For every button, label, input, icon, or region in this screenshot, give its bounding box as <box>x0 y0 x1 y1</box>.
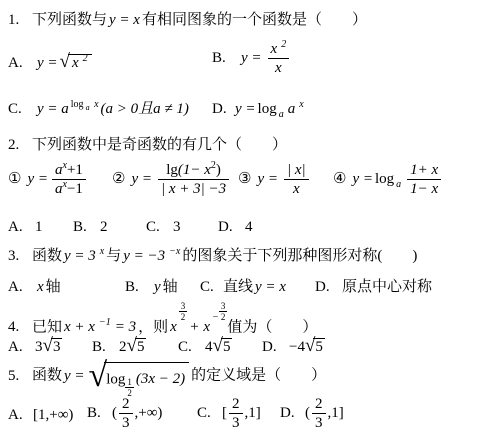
math-lead: y = <box>37 55 58 71</box>
circled-2-icon: ② <box>112 171 125 187</box>
option-text: 原点中心对称 <box>342 279 432 295</box>
fraction-denominator: 3 <box>229 413 243 432</box>
fraction-numerator: 1+ x <box>407 161 441 179</box>
sub-num: 1 <box>125 377 134 388</box>
q4-option-c: C.4√5 <box>178 336 232 357</box>
fraction-numerator: 2 <box>312 395 326 413</box>
q1-stem-math: y = x <box>109 12 140 28</box>
coefficient: 3 <box>35 339 43 355</box>
radicand-exponent: 2 <box>83 53 88 64</box>
q5-option-c: C.[23,1] <box>197 395 261 432</box>
log-symbol: log <box>71 99 84 110</box>
q3-stem: 3.函数y = 3x与y = −3−x的图象关于下列那种图形对称( ) <box>8 246 417 268</box>
radicand: x2 <box>68 54 92 71</box>
close-part: ,1] <box>328 405 344 421</box>
sqrt-expression: √5 <box>213 336 233 357</box>
open-bracket: [ <box>222 405 227 421</box>
exp-den: 2 <box>179 312 188 322</box>
log-base: a <box>86 103 90 112</box>
num-rest: +1 <box>67 162 83 178</box>
term-1-exponent-fraction: 32 <box>179 301 188 323</box>
q2-option-a: A.1 <box>8 217 43 237</box>
fraction: 23 <box>312 395 326 432</box>
option-value: 1 <box>35 219 43 235</box>
q5-number: 5. <box>8 366 32 386</box>
fraction: 23 <box>119 395 133 432</box>
q3-stem-pre: 函数 <box>32 248 62 264</box>
log-symbol: log <box>106 371 125 387</box>
option-label: C. <box>8 99 35 119</box>
q3-stem-mid: 与 <box>106 248 121 264</box>
log-base: a <box>279 109 284 120</box>
sqrt-expression: √x2 <box>60 52 92 75</box>
q5-option-b: B.(23,+∞) <box>87 395 162 432</box>
sqrt-expression: √3 <box>43 336 63 357</box>
sqrt-expression: √5 <box>305 336 325 357</box>
q2-item-1: ①y =ax+1ax−1 <box>8 161 88 198</box>
q1-stem-pre: 下列函数与 <box>32 12 107 28</box>
term-2-base: x <box>203 319 210 335</box>
option-label: D. <box>280 403 305 423</box>
q2-option-d: D.4 <box>218 217 253 237</box>
q3-number: 3. <box>8 246 32 266</box>
q3-option-d: D.原点中心对称 <box>315 277 432 297</box>
option-text: 轴 <box>163 279 178 295</box>
fraction: | x|x <box>282 161 311 198</box>
sqrt-expression: √5 <box>127 336 147 357</box>
q2-option-b: B.2 <box>73 217 108 237</box>
fraction-numerator: lg(1− x2) <box>156 161 231 179</box>
math-1-exponent: −1 <box>99 317 111 328</box>
q5-stem: 5.函数y =√log12(3x − 2)的定义域是（ ） <box>8 360 326 392</box>
q2-stem: 2.下列函数中是奇函数的有几个（ ） <box>8 135 287 155</box>
fraction: ax+1ax−1 <box>52 161 86 198</box>
q3-option-c: C.直线y = x <box>200 277 288 297</box>
math-lead: y = <box>235 101 256 117</box>
math-lead: y = a <box>37 101 69 117</box>
math-lead: y = <box>257 171 278 187</box>
math-1-equals: = 3 <box>115 319 136 335</box>
math-lead: y = <box>352 171 373 187</box>
option-label: D. <box>218 217 245 237</box>
fraction: x2x <box>266 40 292 77</box>
option-label: A. <box>8 277 35 297</box>
log-symbol: log <box>258 101 277 117</box>
den-rest: −1 <box>67 181 83 197</box>
option-label: C. <box>178 337 205 357</box>
option-label: B. <box>87 403 112 423</box>
math-lead: y = <box>27 171 48 187</box>
math-1-base: y = 3 <box>64 248 96 264</box>
q4-option-a: A.3√3 <box>8 336 62 357</box>
option-label: A. <box>8 53 35 73</box>
num-exponent: 2 <box>281 39 286 50</box>
log-base: a <box>396 179 401 190</box>
math-2-exponent: −x <box>169 246 180 257</box>
option-text: 轴 <box>46 279 61 295</box>
coefficient: −4 <box>289 339 305 355</box>
fraction-denominator: ax−1 <box>52 179 86 198</box>
q3-option-b: B.y轴 <box>125 277 178 297</box>
open-bracket: ( <box>112 405 117 421</box>
option-value: 4 <box>245 219 253 235</box>
math-lead: y = <box>241 50 262 66</box>
math-base: a <box>288 101 296 117</box>
fraction-numerator: ax+1 <box>52 161 86 179</box>
num-exponent: x <box>62 160 66 171</box>
exp-num: 3 <box>219 301 228 312</box>
term-1-base: x <box>170 319 177 335</box>
fraction-denominator: 3 <box>312 413 326 432</box>
option-label: A. <box>8 217 35 237</box>
math-1-base: x + x <box>64 319 95 335</box>
math-exponent: x <box>299 99 303 110</box>
fraction-numerator: 2 <box>119 395 133 413</box>
option-value: 3 <box>173 219 181 235</box>
q3-option-a: A.x轴 <box>8 277 61 297</box>
option-label: C. <box>197 403 222 423</box>
sqrt-expression: √log12(3x − 2) <box>89 360 190 392</box>
option-math: x <box>37 279 44 295</box>
q4-stem-pre: 已知 <box>32 319 62 335</box>
q4-number: 4. <box>8 317 32 337</box>
exp-den: 2 <box>219 312 228 322</box>
den-exponent: x <box>62 179 66 190</box>
fraction: 23 <box>229 395 243 432</box>
radicand: log12(3x − 2) <box>104 362 189 389</box>
math-lead: y = <box>131 171 152 187</box>
radicand-base: x <box>72 55 79 71</box>
q4-stem-post: 值为（ ） <box>227 319 317 335</box>
plus-sign: + <box>189 319 199 335</box>
option-math: y = x <box>255 279 286 295</box>
lg-symbol: lg <box>166 162 178 178</box>
radicand: 5 <box>221 338 233 355</box>
radicand: 5 <box>313 338 325 355</box>
log-argument: x <box>94 99 98 110</box>
option-label: B. <box>73 217 100 237</box>
close-part: ,+∞) <box>135 405 163 421</box>
coefficient: 2 <box>119 339 127 355</box>
option-label: D. <box>212 99 233 119</box>
q5-option-a: A.[1,+∞) <box>8 405 73 425</box>
q1-option-d: D.y =logaax <box>212 99 306 121</box>
q1-number: 1. <box>8 10 32 30</box>
q2-item-4: ④y =loga1+ x1− x <box>333 161 445 198</box>
q3-stem-post: 的图象关于下列那种图形对称( ) <box>182 248 417 264</box>
fraction-numerator: 2 <box>229 395 243 413</box>
condition: (a > 0且a ≠ 1) <box>101 101 189 117</box>
num-pre: (1− x <box>178 162 211 178</box>
option-label: B. <box>125 277 152 297</box>
q4-stem-mid: ，则 <box>138 319 168 335</box>
fraction-denominator: x <box>284 179 309 198</box>
exponent-group: loga x <box>71 99 99 110</box>
q2-item-3: ③y =| x|x <box>238 161 313 198</box>
coefficient: 4 <box>205 339 213 355</box>
option-text: 直线 <box>223 279 253 295</box>
q2-item-2: ②y =lg(1− x2)| x + 3| −3 <box>112 161 233 198</box>
radicand: 3 <box>51 338 63 355</box>
option-label: D. <box>315 277 342 297</box>
option-label: A. <box>8 405 33 425</box>
num-base: x <box>271 41 278 57</box>
option-label: B. <box>92 337 119 357</box>
log-symbol: log <box>375 171 394 187</box>
term-2-exponent-fraction: 32 <box>219 301 228 323</box>
q1-option-a: A.y =√x2 <box>8 52 92 75</box>
q1-option-b: B.y =x2x <box>212 40 293 77</box>
num-exponent: 2 <box>211 160 216 171</box>
close-part: ,1] <box>245 405 261 421</box>
fraction-numerator: | x| <box>284 161 309 179</box>
q1-stem-post: 有相同图象的一个函数是（ ） <box>142 12 367 28</box>
fraction-numerator: x2 <box>266 40 292 58</box>
option-value: [1,+∞) <box>33 407 73 423</box>
q5-option-d: D.(23,1] <box>280 395 344 432</box>
fraction-denominator: 3 <box>119 413 133 432</box>
num-post: ) <box>216 162 221 178</box>
math-2-base: y = −3 <box>123 248 165 264</box>
q2-option-c: C.3 <box>146 217 181 237</box>
option-label: C. <box>146 217 173 237</box>
fraction: lg(1− x2)| x + 3| −3 <box>156 161 231 198</box>
math-test-document: 1.下列函数与y = x有相同图象的一个函数是（ ） A.y =√x2 B.y … <box>0 0 485 433</box>
fraction: 1+ x1− x <box>405 161 443 198</box>
q1-option-c: C.y = aloga x(a > 0且a ≠ 1) <box>8 99 191 121</box>
exponent-minus: − <box>212 312 219 323</box>
option-math: y <box>154 279 161 295</box>
circled-3-icon: ③ <box>238 171 251 187</box>
q4-option-d: D.−4√5 <box>262 336 325 357</box>
fraction-denominator: x <box>268 58 290 77</box>
log-argument: (3x − 2) <box>136 371 185 387</box>
radicand: 5 <box>135 338 147 355</box>
option-label: D. <box>262 337 289 357</box>
q2-stem-text: 下列函数中是奇函数的有几个（ ） <box>32 137 287 153</box>
q5-stem-pre: 函数 <box>32 368 62 384</box>
math-lead: y = <box>64 368 85 384</box>
exp-num: 3 <box>179 301 188 312</box>
circled-4-icon: ④ <box>333 171 346 187</box>
circled-1-icon: ① <box>8 171 21 187</box>
option-label: C. <box>200 277 223 297</box>
q1-stem: 1.下列函数与y = x有相同图象的一个函数是（ ） <box>8 10 367 30</box>
q5-stem-post: 的定义域是（ ） <box>191 368 326 384</box>
option-value: 2 <box>100 219 108 235</box>
math-1-exponent: x <box>100 246 104 257</box>
q4-option-b: B.2√5 <box>92 336 146 357</box>
open-bracket: ( <box>305 405 310 421</box>
option-label: B. <box>212 48 239 68</box>
fraction-denominator: 1− x <box>407 179 441 198</box>
q2-number: 2. <box>8 135 32 155</box>
option-label: A. <box>8 337 35 357</box>
fraction-denominator: | x + 3| −3 <box>158 179 229 198</box>
